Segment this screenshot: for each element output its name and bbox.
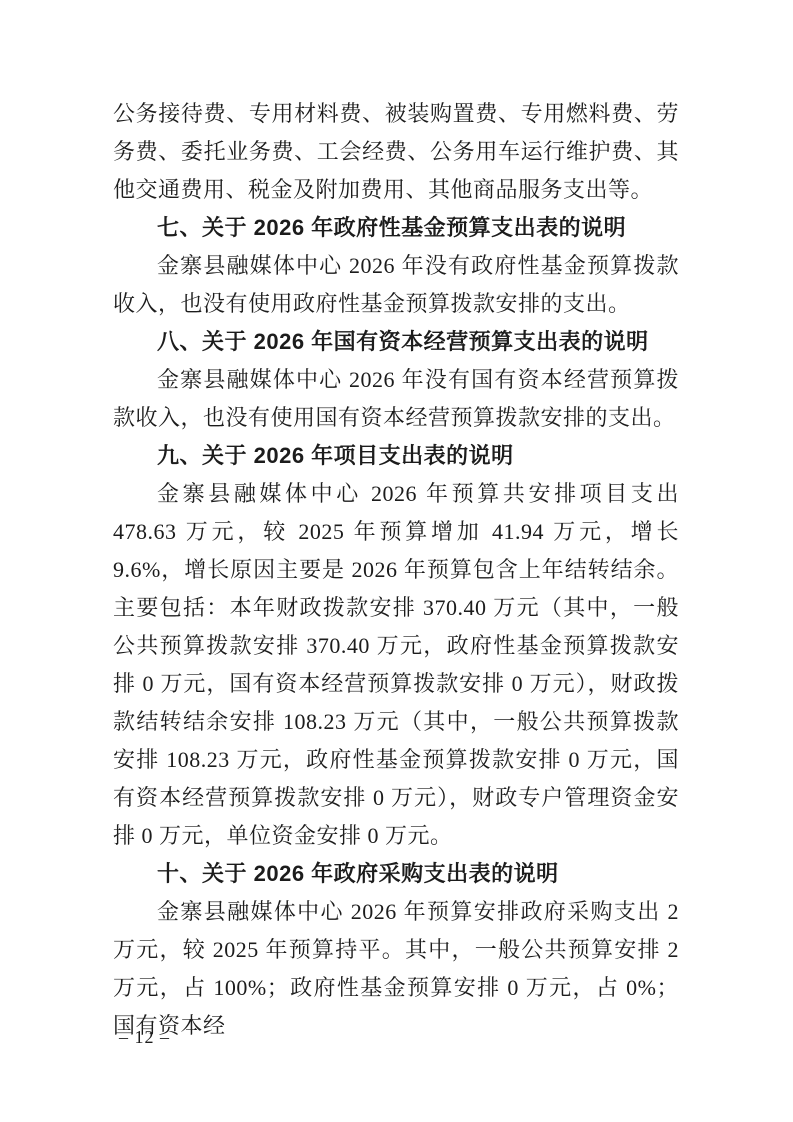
heading-section-9-project-expenditure: 九、关于 2026 年项目支出表的说明 (113, 437, 679, 475)
paragraph-section-8-state-capital-budget: 金寨县融媒体中心 2026 年没有国有资本经营预算拨款收入，也没有使用国有资本经… (113, 361, 679, 437)
paragraph-other-expenses-continuation: 公务接待费、专用材料费、被装购置费、专用燃料费、劳务费、委托业务费、工会经费、公… (113, 95, 679, 209)
paragraph-section-7-government-fund-budget: 金寨县融媒体中心 2026 年没有政府性基金预算拨款收入，也没有使用政府性基金预… (113, 247, 679, 323)
heading-section-7-government-fund-budget: 七、关于 2026 年政府性基金预算支出表的说明 (113, 209, 679, 247)
document-body: 公务接待费、专用材料费、被装购置费、专用燃料费、劳务费、委托业务费、工会经费、公… (113, 95, 679, 1045)
footer-page-number: – 12 – (119, 1027, 170, 1047)
paragraph-section-10-government-procurement: 金寨县融媒体中心 2026 年预算安排政府采购支出 2 万元，较 2025 年预… (113, 893, 679, 1045)
heading-section-10-government-procurement: 十、关于 2026 年政府采购支出表的说明 (113, 855, 679, 893)
heading-section-8-state-capital-budget: 八、关于 2026 年国有资本经营预算支出表的说明 (113, 323, 679, 361)
document-page: 公务接待费、专用材料费、被装购置费、专用燃料费、劳务费、委托业务费、工会经费、公… (0, 0, 793, 1122)
paragraph-section-9-project-expenditure: 金寨县融媒体中心 2026 年预算共安排项目支出 478.63 万元，较 202… (113, 475, 679, 855)
